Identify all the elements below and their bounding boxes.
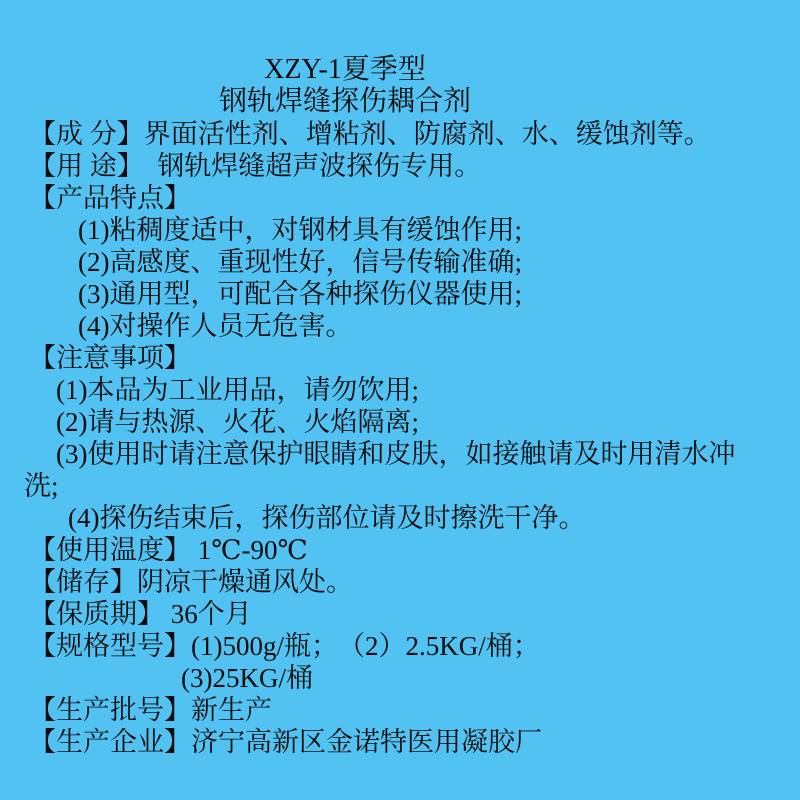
line-specifications: 【规格型号】(1)500g/瓶； （2）2.5KG/桶； <box>0 630 800 662</box>
line-specifications-continued: (3)25KG/桶 <box>0 662 800 694</box>
line-ingredients: 【成 分】界面活性剂、增粘剂、防腐剂、水、缓蚀剂等。 <box>0 118 800 150</box>
product-model-title: XZY-1夏季型 <box>0 54 690 86</box>
line-manufacturer: 【生产企业】济宁高新区金诺特医用凝胶厂 <box>0 726 800 758</box>
line-note-1: (1)本品为工业用品，请勿饮用; <box>0 374 800 406</box>
product-label: XZY-1夏季型 钢轨焊缝探伤耦合剂 【成 分】界面活性剂、增粘剂、防腐剂、水、… <box>0 0 800 800</box>
line-feature-2: (2)高感度、重现性好，信号传输准确; <box>0 246 800 278</box>
line-note-3-continued: 洗; <box>0 470 800 502</box>
line-note-4: (4)探伤结束后，探伤部位请及时擦洗干净。 <box>0 502 800 534</box>
title-block: XZY-1夏季型 钢轨焊缝探伤耦合剂 <box>0 54 690 118</box>
line-note-2: (2)请与热源、火花、火焰隔离; <box>0 406 800 438</box>
line-batch: 【生产批号】新生产 <box>0 694 800 726</box>
label-body: 【成 分】界面活性剂、增粘剂、防腐剂、水、缓蚀剂等。【用 途】 钢轨焊缝超声波探… <box>0 118 800 758</box>
line-feature-1: (1)粘稠度适中，对钢材具有缓蚀作用; <box>0 214 800 246</box>
product-name-title: 钢轨焊缝探伤耦合剂 <box>0 86 690 118</box>
line-feature-3: (3)通用型，可配合各种探伤仪器使用; <box>0 278 800 310</box>
line-feature-4: (4)对操作人员无危害。 <box>0 310 800 342</box>
line-notes-header: 【注意事项】 <box>0 342 800 374</box>
line-shelf-life: 【保质期】 36个月 <box>0 598 800 630</box>
line-temperature: 【使用温度】 1℃-90℃ <box>0 534 800 566</box>
line-note-3: (3)使用时请注意保护眼睛和皮肤，如接触请及时用清水冲 <box>0 438 800 470</box>
line-features-header: 【产品特点】 <box>0 182 800 214</box>
line-storage: 【储存】阴凉干燥通风处。 <box>0 566 800 598</box>
line-usage: 【用 途】 钢轨焊缝超声波探伤专用。 <box>0 150 800 182</box>
